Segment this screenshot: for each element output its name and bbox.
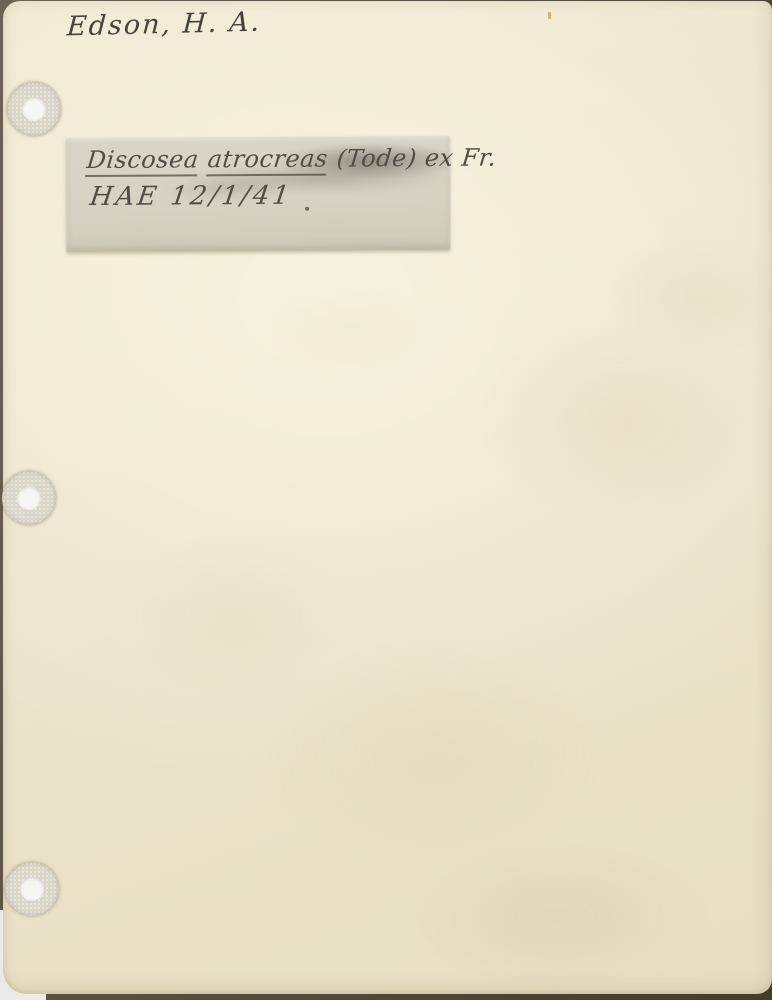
- specimen-label: Discoseaatrocreas(Tode) ex Fr. HAE 12/1/…: [66, 136, 451, 252]
- species-name-line: Discoseaatrocreas(Tode) ex Fr.: [85, 144, 497, 175]
- species-text: atrocreas: [206, 145, 329, 177]
- pencil-dot: [305, 207, 309, 211]
- hole-punch-reinforcement-bottom: [5, 862, 59, 916]
- paper-speck: [548, 12, 551, 19]
- hole-punch-reinforcement-middle: [2, 471, 56, 525]
- scanned-notebook-page: Edson, H. A. Discoseaatrocreas(Tode) ex …: [3, 1, 772, 994]
- authority-text: (Tode) ex Fr.: [335, 144, 497, 173]
- hole-punch-reinforcement-top: [7, 82, 61, 136]
- owner-annotation: Edson, H. A.: [66, 7, 262, 43]
- genus-text: Discosea: [85, 145, 200, 177]
- punch-hole: [20, 877, 44, 901]
- initials-date-line: HAE 12/1/41: [88, 181, 294, 212]
- punch-hole: [17, 486, 41, 510]
- punch-hole: [22, 97, 46, 121]
